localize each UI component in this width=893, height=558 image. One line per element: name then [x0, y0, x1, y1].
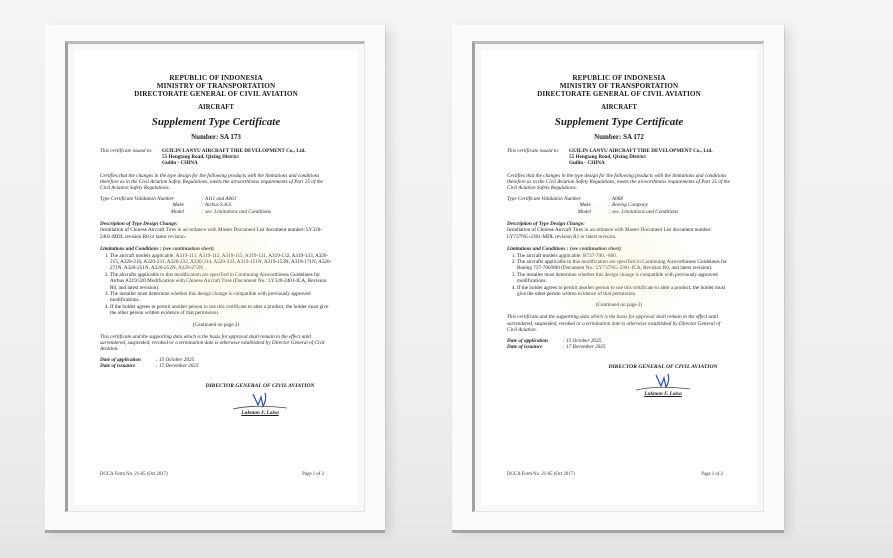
limitation-item: The installer must determine whether thi… — [110, 291, 332, 304]
issued-to-block: This certificate issued to: GUILIN LANYU… — [100, 148, 332, 167]
certificate-header: REPUBLIC OF INDONESIA MINISTRY OF TRANSP… — [495, 74, 743, 99]
picture-frame-right: REPUBLIC OF INDONESIA MINISTRY OF TRANSP… — [452, 25, 784, 530]
limitations-section: Limitations and Conditions : (see contin… — [100, 246, 332, 316]
certificate-number: Number: SA 173 — [88, 133, 344, 141]
issued-to-address: GUILIN LANYU AIRCRAFT TIRE DEVELOPMENT C… — [162, 148, 306, 167]
certificate-title: Supplement Type Certificate — [495, 116, 743, 128]
validity-statement: This certificate and the supporting data… — [507, 314, 731, 333]
limitation-item: If the holder agrees to permit another p… — [517, 285, 731, 298]
limitation-item: The aircrafts applicable to this modific… — [110, 272, 332, 291]
dates-block: Date of application: 15 October 2025 Dat… — [507, 338, 731, 351]
limitation-item: The aircraft models applicable: A319-111… — [110, 253, 332, 272]
model-label: Model — [100, 209, 202, 215]
certificate-sa-172: REPUBLIC OF INDONESIA MINISTRY OF TRANSP… — [495, 64, 743, 489]
signature-icon — [628, 371, 698, 393]
issued-to-label: This certificate issued to: — [507, 148, 569, 167]
header-line: REPUBLIC OF INDONESIA — [88, 74, 344, 82]
dates-block: Date of application: 15 October 2025 Dat… — [100, 357, 332, 370]
validity-statement: This certificate and the supporting data… — [100, 334, 332, 353]
description-section: Description of Type Design Change: Insta… — [100, 221, 332, 240]
header-line: DIRECTORATE GENERAL OF CIVIL AVIATION — [495, 90, 743, 98]
issuance-date-value: : 17 December 2025 — [156, 363, 199, 369]
model-label: Model — [507, 209, 609, 215]
page-number: Page 1 of 2 — [701, 472, 723, 477]
company-city: Guilin - CHINA — [569, 160, 713, 166]
limitation-item: The aircrafts applicable to this modific… — [517, 259, 731, 272]
company-city: Guilin - CHINA — [162, 160, 306, 166]
signatory-name: Lukman F. Laisa — [176, 410, 344, 416]
issued-to-address: GUILIN LANYU AIRCRAFT TIRE DEVELOPMENT C… — [569, 148, 713, 167]
document-footer: DGCA Form No. 21-05 (Oct 2017) Page 1 of… — [100, 472, 324, 477]
form-number: DGCA Form No. 21-05 (Oct 2017) — [507, 472, 575, 477]
description-section: Description of Type Design Change: Insta… — [507, 221, 731, 240]
certificate-number: Number: SA 172 — [495, 133, 743, 141]
description-text: Installation of Chinese Aircraft Tires i… — [100, 227, 332, 240]
certificate-category: AIRCRAFT — [88, 104, 344, 111]
limitations-list: The aircraft models applicable: A319-111… — [100, 253, 332, 317]
model-value: : see. Limitations and Conditions — [202, 209, 271, 215]
frame-bevel: REPUBLIC OF INDONESIA MINISTRY OF TRANSP… — [65, 41, 365, 512]
header-line: REPUBLIC OF INDONESIA — [495, 74, 743, 82]
frame-mat: REPUBLIC OF INDONESIA MINISTRY OF TRANSP… — [74, 50, 358, 505]
signature-block: DIRECTOR GENERAL OF CIVIL AVIATION Lukma… — [495, 364, 743, 397]
certificate-title: Supplement Type Certificate — [88, 116, 344, 128]
frame-bevel: REPUBLIC OF INDONESIA MINISTRY OF TRANSP… — [472, 41, 764, 512]
header-line: MINISTRY OF TRANSPORTATION — [88, 82, 344, 90]
issuance-date-label: Date of issuance — [100, 363, 156, 369]
type-certificate-validation: Type Certificate Validation Number: A068… — [507, 196, 731, 215]
company-name: GUILIN LANYU AIRCRAFT TIRE DEVELOPMENT C… — [162, 148, 306, 154]
signature-block: DIRECTOR GENERAL OF CIVIL AVIATION Lukma… — [88, 383, 344, 416]
frame-mat: REPUBLIC OF INDONESIA MINISTRY OF TRANSP… — [481, 50, 757, 505]
header-line: MINISTRY OF TRANSPORTATION — [495, 82, 743, 90]
certifies-statement: Certifies that the changes in the type d… — [507, 173, 731, 192]
signatory-title: DIRECTOR GENERAL OF CIVIL AVIATION — [176, 383, 344, 389]
description-text: Installation of Chinese Aircraft Tires i… — [507, 227, 731, 240]
company-name: GUILIN LANYU AIRCRAFT TIRE DEVELOPMENT C… — [569, 148, 713, 154]
certificate-category: AIRCRAFT — [495, 104, 743, 111]
limitations-section: Limitations and Conditions : (see contin… — [507, 246, 731, 297]
issued-to-label: This certificate issued to: — [100, 148, 162, 167]
signatory-title: DIRECTOR GENERAL OF CIVIL AVIATION — [583, 364, 743, 370]
limitations-list: The aircraft models applicable: B737-700… — [507, 253, 731, 298]
document-footer: DGCA Form No. 21-05 (Oct 2017) Page 1 of… — [507, 472, 723, 477]
issuance-date-label: Date of issuance — [507, 344, 563, 350]
continued-note: (Continued on page 2) — [88, 322, 344, 328]
limitation-item: The installer must determine whether thi… — [517, 272, 731, 285]
page-number: Page 1 of 2 — [302, 472, 324, 477]
type-certificate-validation: Type Certificate Validation Number: A111… — [100, 196, 332, 215]
signature-icon — [225, 390, 295, 412]
header-line: DIRECTORATE GENERAL OF CIVIL AVIATION — [88, 90, 344, 98]
limitation-item: If the holder agrees to permit another p… — [110, 304, 332, 317]
model-value: : see. Limitations and Conditions — [609, 209, 678, 215]
signatory-name: Lukman F. Laisa — [583, 391, 743, 397]
certificate-sa-173: REPUBLIC OF INDONESIA MINISTRY OF TRANSP… — [88, 64, 344, 489]
certifies-statement: Certifies that the changes in the type d… — [100, 173, 332, 192]
issued-to-block: This certificate issued to: GUILIN LANYU… — [507, 148, 731, 167]
continued-note: (Continued on page 2) — [495, 302, 743, 308]
issuance-date-value: : 17 December 2025 — [563, 344, 606, 350]
certificate-header: REPUBLIC OF INDONESIA MINISTRY OF TRANSP… — [88, 74, 344, 99]
form-number: DGCA Form No. 21-05 (Oct 2017) — [100, 472, 168, 477]
picture-frame-left: REPUBLIC OF INDONESIA MINISTRY OF TRANSP… — [45, 25, 385, 530]
